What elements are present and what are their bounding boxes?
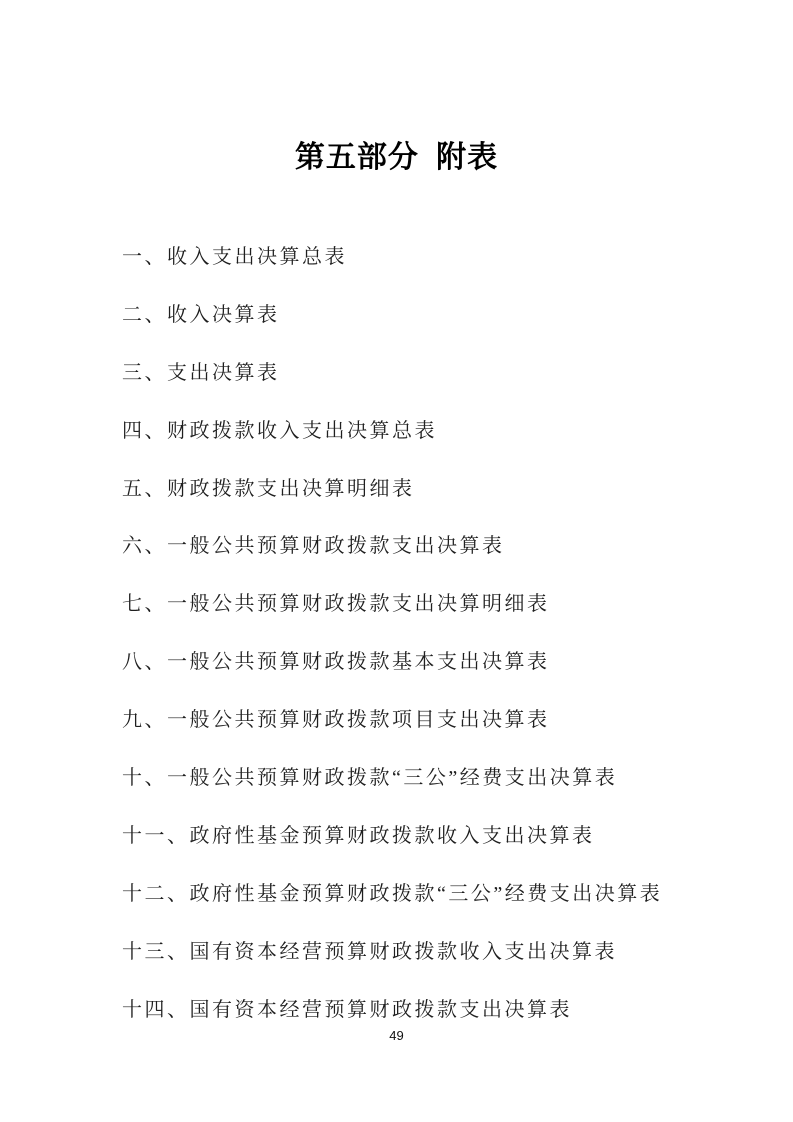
list-item: 十三、国有资本经营预算财政拨款收入支出决算表 — [122, 923, 763, 981]
list-item: 一、收入支出决算总表 — [122, 228, 763, 286]
list-item: 五、财政拨款支出决算明细表 — [122, 460, 763, 518]
list-item: 二、收入决算表 — [122, 286, 763, 344]
list-item: 九、一般公共预算财政拨款项目支出决算表 — [122, 691, 763, 749]
list-item: 三、支出决算表 — [122, 344, 763, 402]
list-item: 十二、政府性基金预算财政拨款“三公”经费支出决算表 — [122, 865, 763, 923]
list-item: 七、一般公共预算财政拨款支出决算明细表 — [122, 575, 763, 633]
list-item: 十、一般公共预算财政拨款“三公”经费支出决算表 — [122, 749, 763, 807]
page-title: 第五部分 附表 — [0, 141, 793, 176]
list-item: 六、一般公共预算财政拨款支出决算表 — [122, 517, 763, 575]
list-item: 八、一般公共预算财政拨款基本支出决算表 — [122, 633, 763, 691]
document-page: 第五部分 附表 一、收入支出决算总表 二、收入决算表 三、支出决算表 四、财政拨… — [0, 0, 793, 1122]
page-number: 49 — [0, 1028, 793, 1043]
list-item: 十一、政府性基金预算财政拨款收入支出决算表 — [122, 807, 763, 865]
appendix-table-list: 一、收入支出决算总表 二、收入决算表 三、支出决算表 四、财政拨款收入支出决算总… — [122, 228, 763, 1038]
list-item: 四、财政拨款收入支出决算总表 — [122, 402, 763, 460]
